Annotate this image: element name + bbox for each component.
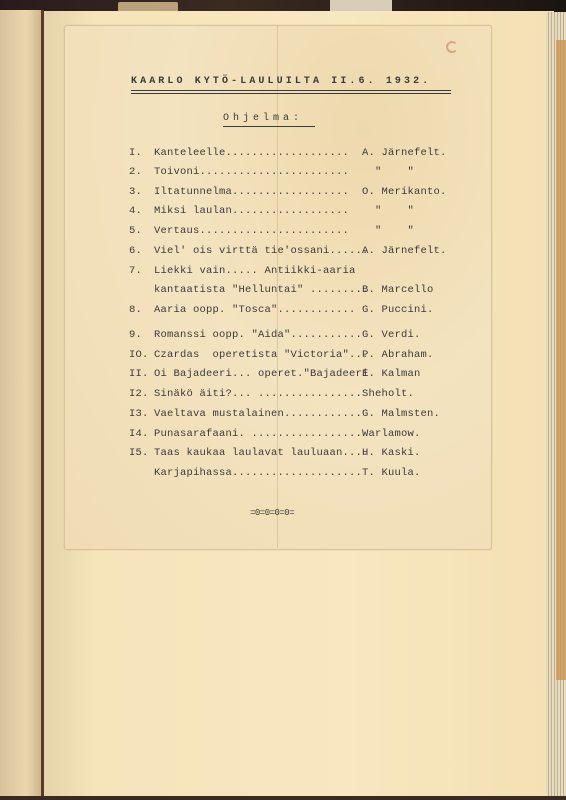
item-number: IO. — [129, 349, 149, 361]
program-item: 5.Vertaus....................... " " — [0, 225, 566, 239]
program-item: 2.Toivoni....................... " " — [0, 166, 566, 180]
item-number: I5. — [129, 447, 149, 459]
title-underline-2 — [131, 93, 451, 94]
program-item: I4.Punasarafaani. .................Warla… — [0, 428, 566, 442]
composer-name: H. Kaski. — [362, 447, 421, 459]
item-number: I. — [129, 147, 142, 159]
program-item: 9.Romanssi oopp. "Aida"...........G. Ver… — [0, 329, 566, 343]
item-number: I3. — [129, 408, 149, 420]
program-item: 8.Aaria oopp. "Tosca"............G. Pucc… — [0, 304, 566, 318]
program-item: I2.Sinäkö äiti?... ................Sheho… — [0, 388, 566, 402]
program-item: I.Kanteleelle...................A. Järne… — [0, 147, 566, 161]
program-item: 3.Iltatunnelma..................O. Merik… — [0, 186, 566, 200]
item-number: 4. — [129, 205, 142, 217]
book-background-bottom — [0, 796, 566, 800]
program-item: 4.Miksi laulan.................. " " — [0, 205, 566, 219]
program-item: 7.Liekki vain..... Antiikki-aaria — [0, 265, 566, 279]
item-number: I4. — [129, 428, 149, 440]
program-item: Karjapihassa....................T. Kuula… — [0, 467, 566, 481]
composer-name: O. Merikanto. — [362, 186, 447, 198]
program-item: 6.Viel' ois virttä tie'ossani......A. Jä… — [0, 245, 566, 259]
item-number: I2. — [129, 388, 149, 400]
composer-name: T. Kuula. — [362, 467, 421, 479]
item-number: 7. — [129, 265, 142, 277]
composer-name: " " — [362, 166, 414, 178]
item-number: 3. — [129, 186, 142, 198]
composer-name: " " — [362, 205, 414, 217]
composer-name: B. Marcello — [362, 284, 434, 296]
item-number: 5. — [129, 225, 142, 237]
piece-title: Taas kaukaa laulavat lauluaan.... — [154, 447, 369, 459]
composer-name: A. Järnefelt. — [362, 245, 447, 257]
piece-title: Vertaus....................... — [154, 225, 349, 237]
composer-name: Warlamow. — [362, 428, 421, 440]
composer-name: G. Puccini. — [362, 304, 434, 316]
piece-title: Czardas operetista "Victoria"... — [154, 349, 369, 361]
document-title: KAARLO KYTÖ-LAULUILTA II.6. 1932. — [131, 76, 431, 87]
piece-title: Karjapihassa.................... — [154, 467, 362, 479]
piece-title: Iltatunnelma.................. — [154, 186, 349, 198]
item-number: II. — [129, 368, 149, 380]
piece-title: Aaria oopp. "Tosca"............ — [154, 304, 356, 316]
piece-title: Oi Bajadeeri... operet."Bajadeeri — [154, 368, 369, 380]
item-number: 9. — [129, 329, 142, 341]
item-number: 8. — [129, 304, 142, 316]
heading-underline — [223, 126, 315, 127]
program-item: II.Oi Bajadeeri... operet."BajadeeriE. K… — [0, 368, 566, 382]
book-spine — [41, 10, 44, 798]
piece-title: Sinäkö äiti?... ................ — [154, 388, 362, 400]
piece-title: kantaatista "Helluntai" ......... — [154, 284, 369, 296]
composer-name: " " — [362, 225, 414, 237]
composer-name: G. Verdi. — [362, 329, 421, 341]
composer-name: A. Järnefelt. — [362, 147, 447, 159]
composer-name: E. Kalman — [362, 368, 421, 380]
piece-title: Vaeltava mustalainen............ — [154, 408, 362, 420]
end-ornament: =0=0=0=0= — [250, 508, 294, 518]
piece-title: Toivoni....................... — [154, 166, 349, 178]
program-item: I3.Vaeltava mustalainen............G. Ma… — [0, 408, 566, 422]
composer-name: P. Abraham. — [362, 349, 434, 361]
item-number: 2. — [129, 166, 142, 178]
composer-name: G. Malmsten. — [362, 408, 440, 420]
left-book-page — [0, 10, 44, 798]
piece-title: Liekki vain..... Antiikki-aaria — [154, 265, 356, 277]
item-number: 6. — [129, 245, 142, 257]
program-heading: Ohjelma: — [223, 113, 303, 124]
program-item: IO.Czardas operetista "Victoria"...P. Ab… — [0, 349, 566, 363]
piece-title: Romanssi oopp. "Aida"........... — [154, 329, 362, 341]
piece-title: Viel' ois virttä tie'ossani...... — [154, 245, 369, 257]
piece-title: Kanteleelle................... — [154, 147, 349, 159]
title-underline-1 — [131, 90, 451, 91]
program-item: kantaatista "Helluntai" .........B. Marc… — [0, 284, 566, 298]
program-item: I5.Taas kaukaa laulavat lauluaan....H. K… — [0, 447, 566, 461]
book-tab-right — [330, 0, 392, 11]
composer-name: Sheholt. — [362, 388, 414, 400]
ink-stain — [446, 41, 458, 53]
piece-title: Punasarafaani. ................. — [154, 428, 362, 440]
piece-title: Miksi laulan.................. — [154, 205, 349, 217]
